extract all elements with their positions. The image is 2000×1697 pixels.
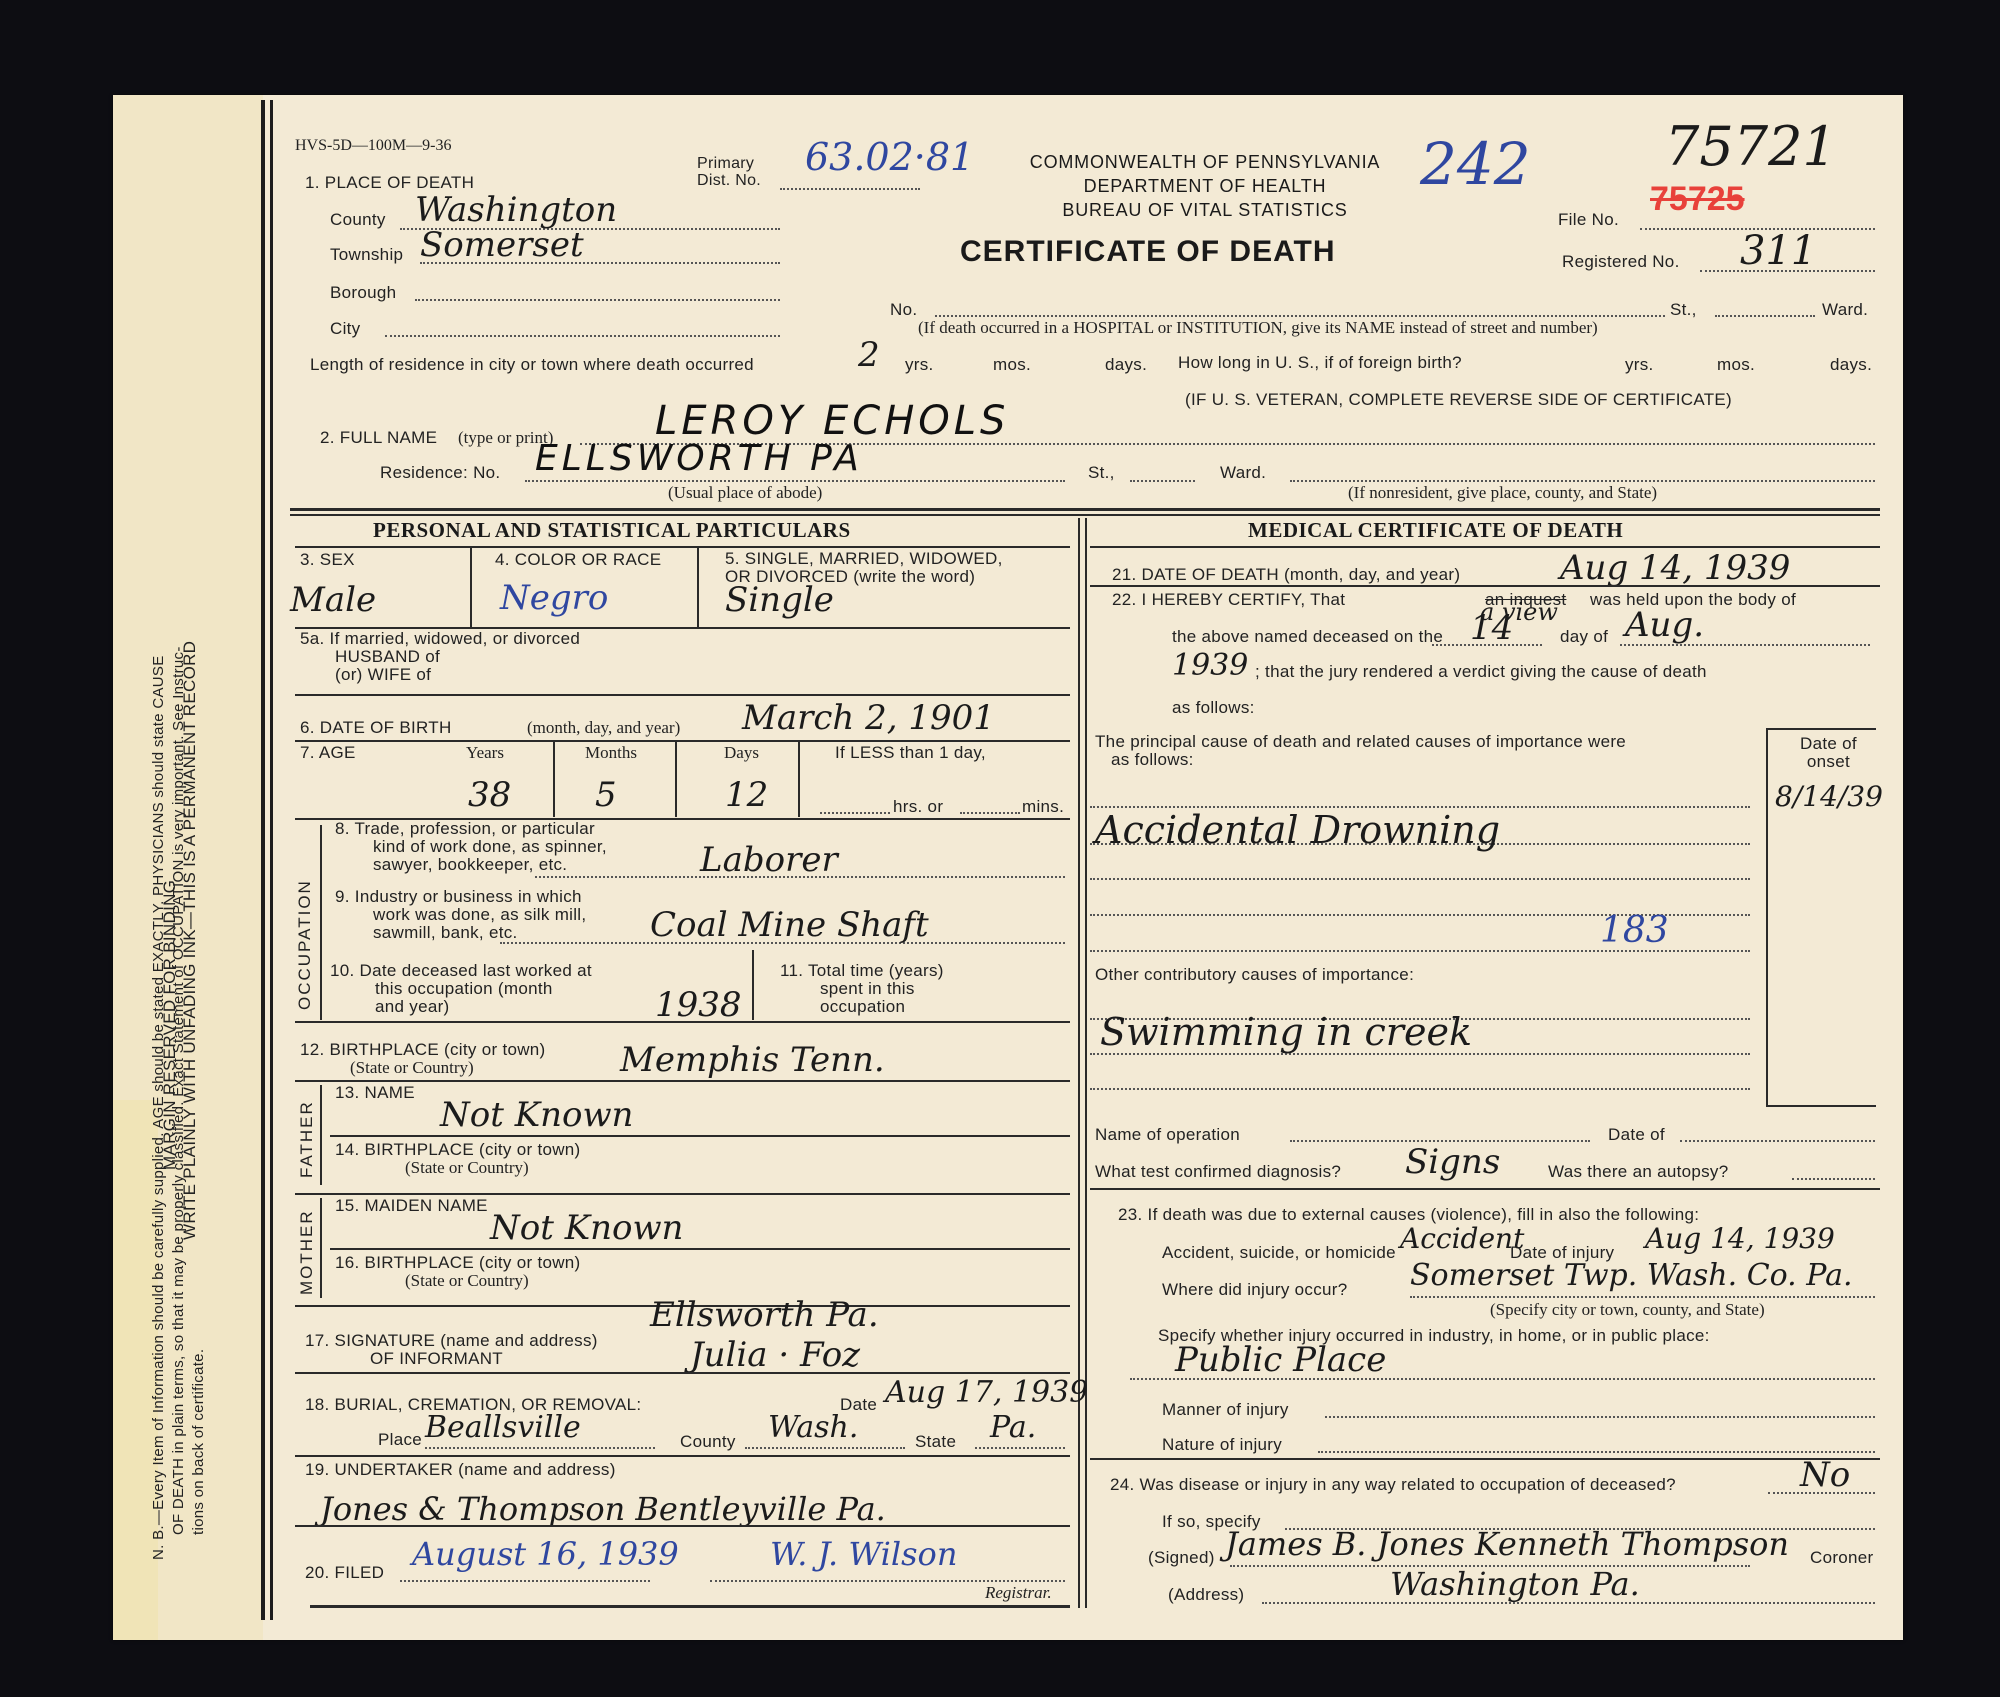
burial-county-line [745, 1447, 905, 1449]
undertaker-value[interactable]: Jones & Thompson Bentleyville Pa. [320, 1490, 886, 1528]
rule [295, 1193, 1070, 1195]
margin-nb-line3: tions on back of certificate. [190, 1349, 207, 1535]
file-no-label: File No. [1558, 210, 1619, 230]
where-value[interactable]: Somerset Twp. Wash. Co. Pa. [1410, 1258, 1853, 1293]
certify-line2b: day of [1560, 627, 1608, 647]
trade-label-3: sawyer, bookkeeper, etc. [335, 856, 607, 874]
file-no-value[interactable]: 75721 [1665, 115, 1837, 178]
less-than-day-label: If LESS than 1 day, [835, 743, 986, 763]
residence-st-label: St., [1088, 463, 1115, 483]
county-label: County [330, 210, 386, 230]
age-months-label: Months [585, 743, 637, 763]
certify-line2a: the above named deceased on the [1172, 627, 1443, 647]
residence-length-label: Length of residence in city or town wher… [310, 355, 754, 375]
abode-note: (Usual place of abode) [668, 483, 822, 503]
full-name-label: 2. FULL NAME [320, 428, 437, 448]
manner-line [1325, 1416, 1875, 1418]
injury-date-value[interactable]: Aug 14, 1939 [1645, 1222, 1835, 1255]
margin-write-plainly: WRITE PLAINLY WITH UNFADING INK—THIS IS … [180, 641, 200, 1240]
residence-label: Residence: No. [380, 463, 500, 483]
agency-commonwealth: COMMONWEALTH OF PENNSYLVANIA [1005, 150, 1405, 174]
column-divider [1078, 518, 1080, 1608]
race-value[interactable]: Negro [500, 578, 608, 618]
file-no-struck: 75725 [1650, 180, 1745, 219]
rule [330, 1135, 1070, 1137]
residence-years-value[interactable]: 2 [858, 335, 880, 375]
spouse-label: 5a. If married, widowed, or divorced HUS… [300, 630, 580, 684]
certify-month-value[interactable]: Aug. [1625, 605, 1704, 645]
onset-box-rule [1766, 1105, 1876, 1107]
rule [697, 548, 699, 628]
rule [320, 825, 322, 1020]
principal-cause-label-1: The principal cause of death and related… [1095, 733, 1626, 751]
mother-name-value[interactable]: Not Known [490, 1208, 683, 1248]
where-line [1410, 1296, 1875, 1298]
rule [752, 950, 754, 1020]
trade-label-1: 8. Trade, profession, or particular [335, 820, 607, 838]
annotation-242: 242 [1420, 130, 1531, 198]
certify-line4: as follows: [1172, 698, 1255, 718]
cause-code-value: 183 [1600, 910, 1669, 951]
onset-value[interactable]: 8/14/39 [1775, 780, 1883, 813]
street-no-label: No. [890, 300, 917, 320]
burial-state-line [975, 1447, 1065, 1449]
days-label: days. [1105, 355, 1147, 375]
total-time-label-1: 11. Total time (years) [780, 962, 944, 980]
rule [553, 742, 555, 817]
agency-header: COMMONWEALTH OF PENNSYLVANIA DEPARTMENT … [1005, 150, 1405, 222]
total-time-label-2: spent in this [780, 980, 944, 998]
personal-section-title: PERSONAL AND STATISTICAL PARTICULARS [373, 518, 851, 543]
address-label: (Address) [1168, 1585, 1244, 1605]
binding-rule [261, 100, 265, 1620]
age-label: 7. AGE [300, 743, 356, 763]
informant-label-2: OF INFORMANT [370, 1349, 503, 1369]
spouse-label-3: (or) WIFE of [300, 666, 580, 684]
rule [295, 694, 1070, 696]
industry-value[interactable]: Coal Mine Shaft [650, 905, 929, 945]
industry-label-1: 9. Industry or business in which [335, 888, 586, 906]
onset-label: Date of onset [1800, 735, 1857, 771]
coroner-label: Coroner [1810, 1548, 1874, 1568]
burial-place-value[interactable]: Beallsville [425, 1410, 581, 1445]
undertaker-label: 19. UNDERTAKER (name and address) [305, 1460, 616, 1480]
borough-label: Borough [330, 283, 396, 303]
medical-section-title: MEDICAL CERTIFICATE OF DEATH [1248, 518, 1623, 543]
agency-bureau: BUREAU OF VITAL STATISTICS [1005, 198, 1405, 222]
residence-line [525, 480, 1065, 482]
agency-department: DEPARTMENT OF HEALTH [1005, 174, 1405, 198]
section-divider [290, 514, 1880, 516]
filed-value[interactable]: August 16, 1939 [412, 1535, 679, 1573]
autopsy-line [1792, 1178, 1875, 1180]
operation-date-label: Date of [1608, 1125, 1665, 1145]
where-note: (Specify city or town, county, and State… [1490, 1300, 1765, 1320]
last-worked-label-2: this occupation (month [330, 980, 592, 998]
burial-state-label: State [915, 1432, 956, 1452]
registered-no-value[interactable]: 311 [1740, 228, 1816, 274]
industry-label: 9. Industry or business in which work wa… [335, 888, 586, 942]
industry-label-2: work was done, as silk mill, [335, 906, 586, 924]
foreign-mos-label: mos. [1717, 355, 1755, 375]
rule [1090, 1188, 1880, 1190]
rule [320, 1198, 322, 1298]
foreign-days-label: days. [1830, 355, 1872, 375]
sex-label: 3. SEX [300, 550, 355, 570]
mother-birthplace-label: 16. BIRTHPLACE (city or town) [335, 1253, 581, 1273]
rule [295, 1525, 1070, 1527]
dob-label: 6. DATE OF BIRTH [300, 718, 452, 738]
principal-cause-value[interactable]: Accidental Drowning [1095, 808, 1500, 852]
township-label: Township [330, 245, 403, 265]
rule [295, 1080, 1070, 1082]
residence-ward-line [1290, 480, 1875, 482]
industry-label-3: sawmill, bank, etc. [335, 924, 586, 942]
section-divider [290, 508, 1880, 511]
contributory-value[interactable]: Swimming in creek [1100, 1010, 1472, 1054]
rule [295, 1021, 1070, 1023]
dob-note: (month, day, and year) [527, 718, 680, 738]
primary-dist-value[interactable]: 63.02·81 [805, 135, 974, 179]
foreign-yrs-label: yrs. [1625, 355, 1654, 375]
marital-value[interactable]: Single [725, 580, 834, 620]
age-months-value[interactable]: 5 [595, 775, 617, 815]
operation-date-line [1680, 1140, 1875, 1142]
dod-value[interactable]: Aug 14, 1939 [1560, 548, 1790, 588]
where-label: Where did injury occur? [1162, 1280, 1347, 1300]
burial-state-value[interactable]: Pa. [990, 1410, 1036, 1445]
informant-label: 17. SIGNATURE (name and address) [305, 1331, 598, 1351]
onset-label-1: Date of [1800, 735, 1857, 753]
city-label: City [330, 319, 360, 339]
occupation-related-label: 24. Was disease or injury in any way rel… [1110, 1475, 1676, 1495]
residence-ward-label: Ward. [1220, 463, 1266, 483]
mother-name-label: 15. MAIDEN NAME [335, 1196, 488, 1216]
onset-box-rule [1766, 730, 1768, 1105]
dod-label: 21. DATE OF DEATH (month, day, and year) [1112, 565, 1460, 585]
age-days-value[interactable]: 12 [725, 775, 768, 815]
primary-label: Primary [697, 155, 761, 172]
principal-cause-label: The principal cause of death and related… [1095, 733, 1626, 769]
onset-box-rule [1766, 728, 1876, 730]
dob-value[interactable]: March 2, 1901 [742, 698, 995, 738]
hrs-label: hrs. or [893, 797, 943, 817]
rule [1090, 1458, 1880, 1460]
occupation-side-label: OCCUPATION [295, 879, 315, 1010]
registered-no-label: Registered No. [1562, 252, 1680, 272]
last-worked-value[interactable]: 1938 [655, 985, 742, 1025]
onset-label-2: onset [1800, 753, 1857, 771]
operation-label: Name of operation [1095, 1125, 1240, 1145]
spouse-label-1: 5a. If married, widowed, or divorced [300, 630, 580, 648]
street-line [935, 315, 1665, 317]
rule [295, 740, 1070, 742]
contributory-label: Other contributory causes of importance: [1095, 965, 1414, 985]
street-ward-label: Ward. [1822, 300, 1868, 320]
registrar-label: Registrar. [985, 1583, 1052, 1603]
age-days-label: Days [724, 743, 759, 763]
father-birthplace-label-2: (State or Country) [405, 1158, 529, 1178]
age-years-value[interactable]: 38 [468, 775, 511, 815]
burial-date-value[interactable]: Aug 17, 1939 [885, 1375, 1088, 1410]
burial-place-line [425, 1447, 655, 1449]
burial-county-value[interactable]: Wash. [768, 1410, 858, 1445]
rule [330, 1248, 1070, 1250]
filed-label: 20. FILED [305, 1563, 384, 1583]
last-worked-label-1: 10. Date deceased last worked at [330, 962, 592, 980]
diagnosis-label: What test confirmed diagnosis? [1095, 1162, 1341, 1182]
last-worked-label-3: and year) [330, 998, 592, 1016]
burial-place-label: Place [378, 1430, 422, 1450]
cause-line [1090, 878, 1750, 880]
trade-value[interactable]: Laborer [700, 840, 838, 880]
binding-rule [270, 100, 273, 1620]
nonresident-note: (If nonresident, give place, county, and… [1348, 483, 1657, 503]
certify-day-value[interactable]: 14 [1470, 608, 1513, 648]
rule [470, 548, 472, 628]
rule [675, 742, 677, 817]
age-years-label: Years [466, 743, 504, 763]
borough-line [415, 299, 780, 301]
residence-st-line [1130, 480, 1195, 482]
mos-label: mos. [993, 355, 1031, 375]
diagnosis-value[interactable]: Signs [1405, 1142, 1500, 1182]
last-worked-label: 10. Date deceased last worked at this oc… [330, 962, 592, 1016]
accident-value[interactable]: Accident [1400, 1222, 1524, 1255]
address-value[interactable]: Washington Pa. [1390, 1565, 1640, 1603]
manner-label: Manner of injury [1162, 1400, 1289, 1420]
margin-reserved: MARGIN RESERVED FOR BINDING [160, 880, 180, 1170]
father-birthplace-label: 14. BIRTHPLACE (city or town) [335, 1140, 581, 1160]
rule [295, 546, 1070, 548]
mother-birthplace-label-2: (State or Country) [405, 1271, 529, 1291]
certify-year-value[interactable]: 1939 [1172, 648, 1248, 683]
registrar-line [710, 1580, 1065, 1582]
rule [798, 742, 800, 817]
place-type-value[interactable]: Public Place [1175, 1340, 1386, 1380]
ward-line [1715, 315, 1815, 317]
veteran-note: (IF U. S. VETERAN, COMPLETE REVERSE SIDE… [1185, 390, 1732, 410]
residence-value[interactable]: ELLSWORTH PA [535, 438, 863, 479]
marital-label-1: 5. SINGLE, MARRIED, WIDOWED, [725, 550, 1003, 568]
hrs-line [820, 812, 890, 814]
father-side-label: FATHER [297, 1100, 317, 1178]
hospital-note: (If death occurred in a HOSPITAL or INST… [918, 318, 1598, 338]
autopsy-label: Was there an autopsy? [1548, 1162, 1729, 1182]
form-code: HVS-5D—100M—9-36 [295, 137, 451, 155]
mins-label: mins. [1022, 797, 1064, 817]
signed-value[interactable]: James B. Jones Kenneth Thompson [1225, 1525, 1789, 1563]
signed-label: (Signed) [1148, 1548, 1215, 1568]
father-name-label: 13. NAME [335, 1083, 415, 1103]
occupation-related-value[interactable]: No [1800, 1455, 1850, 1495]
trade-label-2: kind of work done, as spinner, [335, 838, 607, 856]
nature-label: Nature of injury [1162, 1435, 1282, 1455]
certify-line3: ; that the jury rendered a verdict givin… [1255, 662, 1707, 682]
contributory-line [1090, 1088, 1750, 1090]
father-name-value[interactable]: Not Known [440, 1095, 633, 1135]
street-st-label: St., [1670, 300, 1697, 320]
spouse-label-2: HUSBAND of [300, 648, 580, 666]
informant-name-value[interactable]: Julia · Foz [690, 1335, 860, 1375]
rule [310, 1605, 1070, 1608]
rule [320, 1085, 322, 1185]
sex-value[interactable]: Male [290, 580, 376, 620]
mother-side-label: MOTHER [297, 1209, 317, 1295]
primary-dist-label: Primary Dist. No. [697, 155, 761, 189]
burial-county-label: County [680, 1432, 736, 1452]
birthplace-label-2: (State or Country) [350, 1058, 474, 1078]
total-time-label-3: occupation [780, 998, 944, 1016]
mins-line [960, 812, 1020, 814]
rule [1090, 585, 1880, 587]
race-label: 4. COLOR OR RACE [495, 550, 661, 570]
total-time-label: 11. Total time (years) spent in this occ… [780, 962, 944, 1016]
rule [295, 1372, 1070, 1374]
trade-label: 8. Trade, profession, or particular kind… [335, 820, 607, 874]
nature-line [1318, 1451, 1875, 1453]
accident-label: Accident, suicide, or homicide [1162, 1243, 1396, 1263]
birthplace-label: 12. BIRTHPLACE (city or town) [300, 1040, 546, 1060]
rule [295, 1455, 1070, 1457]
filed-line [400, 1580, 650, 1582]
dist-no-label: Dist. No. [697, 172, 761, 189]
registrar-signature[interactable]: W. J. Wilson [770, 1535, 957, 1573]
foreign-birth-label: How long in U. S., if of foreign birth? [1178, 353, 1462, 373]
principal-cause-label-2: as follows: [1095, 751, 1626, 769]
document-title: CERTIFICATE OF DEATH [960, 235, 1336, 269]
city-line [385, 335, 780, 337]
yrs-label: yrs. [905, 355, 934, 375]
county-value[interactable]: Washington [415, 190, 617, 230]
birthplace-value[interactable]: Memphis Tenn. [620, 1040, 885, 1080]
township-value[interactable]: Somerset [420, 225, 584, 265]
informant-address-value[interactable]: Ellsworth Pa. [650, 1295, 879, 1335]
certify-label: 22. I HEREBY CERTIFY, That [1112, 590, 1345, 610]
column-divider [1085, 518, 1087, 1608]
primary-dist-line [780, 188, 920, 190]
